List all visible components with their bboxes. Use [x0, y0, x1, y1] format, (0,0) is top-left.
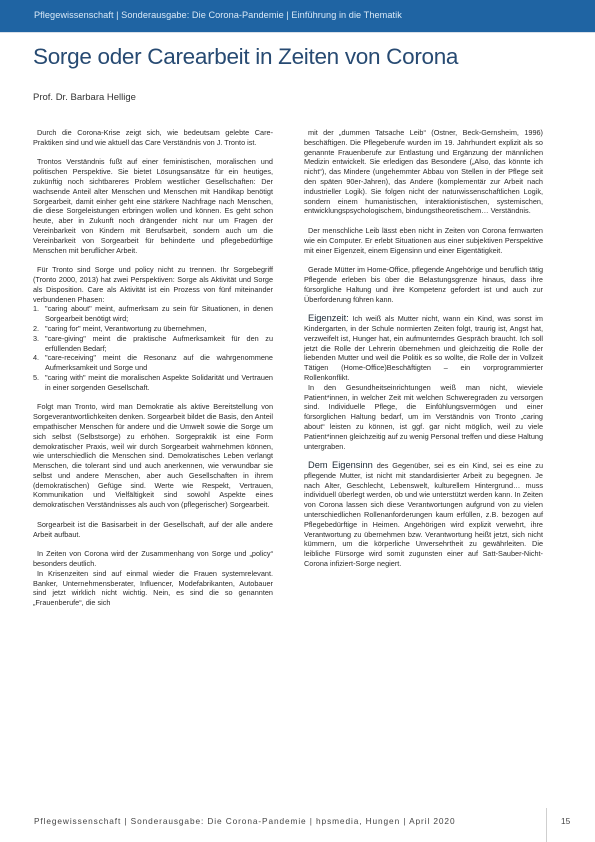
- paragraph: Trontos Verständnis fußt auf einer femin…: [33, 157, 273, 255]
- run-in-heading: Dem Eigensinn: [308, 460, 373, 470]
- paragraph: Gerade Mütter im Home-Office, pflegende …: [304, 265, 543, 304]
- footer-divider: [546, 808, 547, 842]
- paragraph: Sorgearbeit ist die Basisarbeit in der G…: [33, 520, 273, 540]
- page-footer: Pflegewissenschaft | Sonderausgabe: Die …: [34, 816, 455, 826]
- paragraph: Eigenzeit: Ich weiß als Mutter nicht, wa…: [304, 314, 543, 383]
- paragraph: Folgt man Tronto, wird man Demokratie al…: [33, 402, 273, 510]
- run-in-heading: Eigenzeit:: [308, 313, 349, 323]
- list-item: 3."care-giving" meint die praktische Auf…: [45, 334, 273, 354]
- paragraph: Für Tronto sind Sorge und policy nicht z…: [33, 265, 273, 304]
- running-head-bar: Pflegewissenschaft | Sonderausgabe: Die …: [0, 0, 595, 33]
- page-number: 15: [561, 816, 570, 826]
- paragraph: In Zeiten von Corona wird der Zusammenha…: [33, 549, 273, 569]
- right-column: mit der „dummen Tatsache Leib“ (Ostner, …: [304, 128, 543, 579]
- phases-list: 1."caring about" meint, aufmerksam zu se…: [33, 304, 273, 392]
- paragraph: Der menschliche Leib lässt eben nicht in…: [304, 226, 543, 255]
- article-author: Prof. Dr. Barbara Hellige: [33, 92, 136, 103]
- list-item: 4."care-receiving" meint die Resonanz au…: [45, 353, 273, 373]
- list-item: 2."caring for" meint, Verantwortung zu ü…: [45, 324, 273, 334]
- paragraph: In Krisenzeiten sind auf einmal wieder d…: [33, 569, 273, 608]
- paragraph: Dem Eigensinn des Gegenüber, sei es ein …: [304, 461, 543, 569]
- list-item: 5."caring with" meint die moralischen As…: [45, 373, 273, 393]
- article-title: Sorge oder Carearbeit in Zeiten von Coro…: [33, 44, 458, 70]
- running-head: Pflegewissenschaft | Sonderausgabe: Die …: [34, 10, 402, 20]
- paragraph: In den Gesundheitseinrichtungen weiß man…: [304, 383, 543, 452]
- list-item: 1."caring about" meint, aufmerksam zu se…: [45, 304, 273, 324]
- paragraph: Durch die Corona-Krise zeigt sich, wie b…: [33, 128, 273, 148]
- paragraph: mit der „dummen Tatsache Leib“ (Ostner, …: [304, 128, 543, 216]
- left-column: Durch die Corona-Krise zeigt sich, wie b…: [33, 128, 273, 618]
